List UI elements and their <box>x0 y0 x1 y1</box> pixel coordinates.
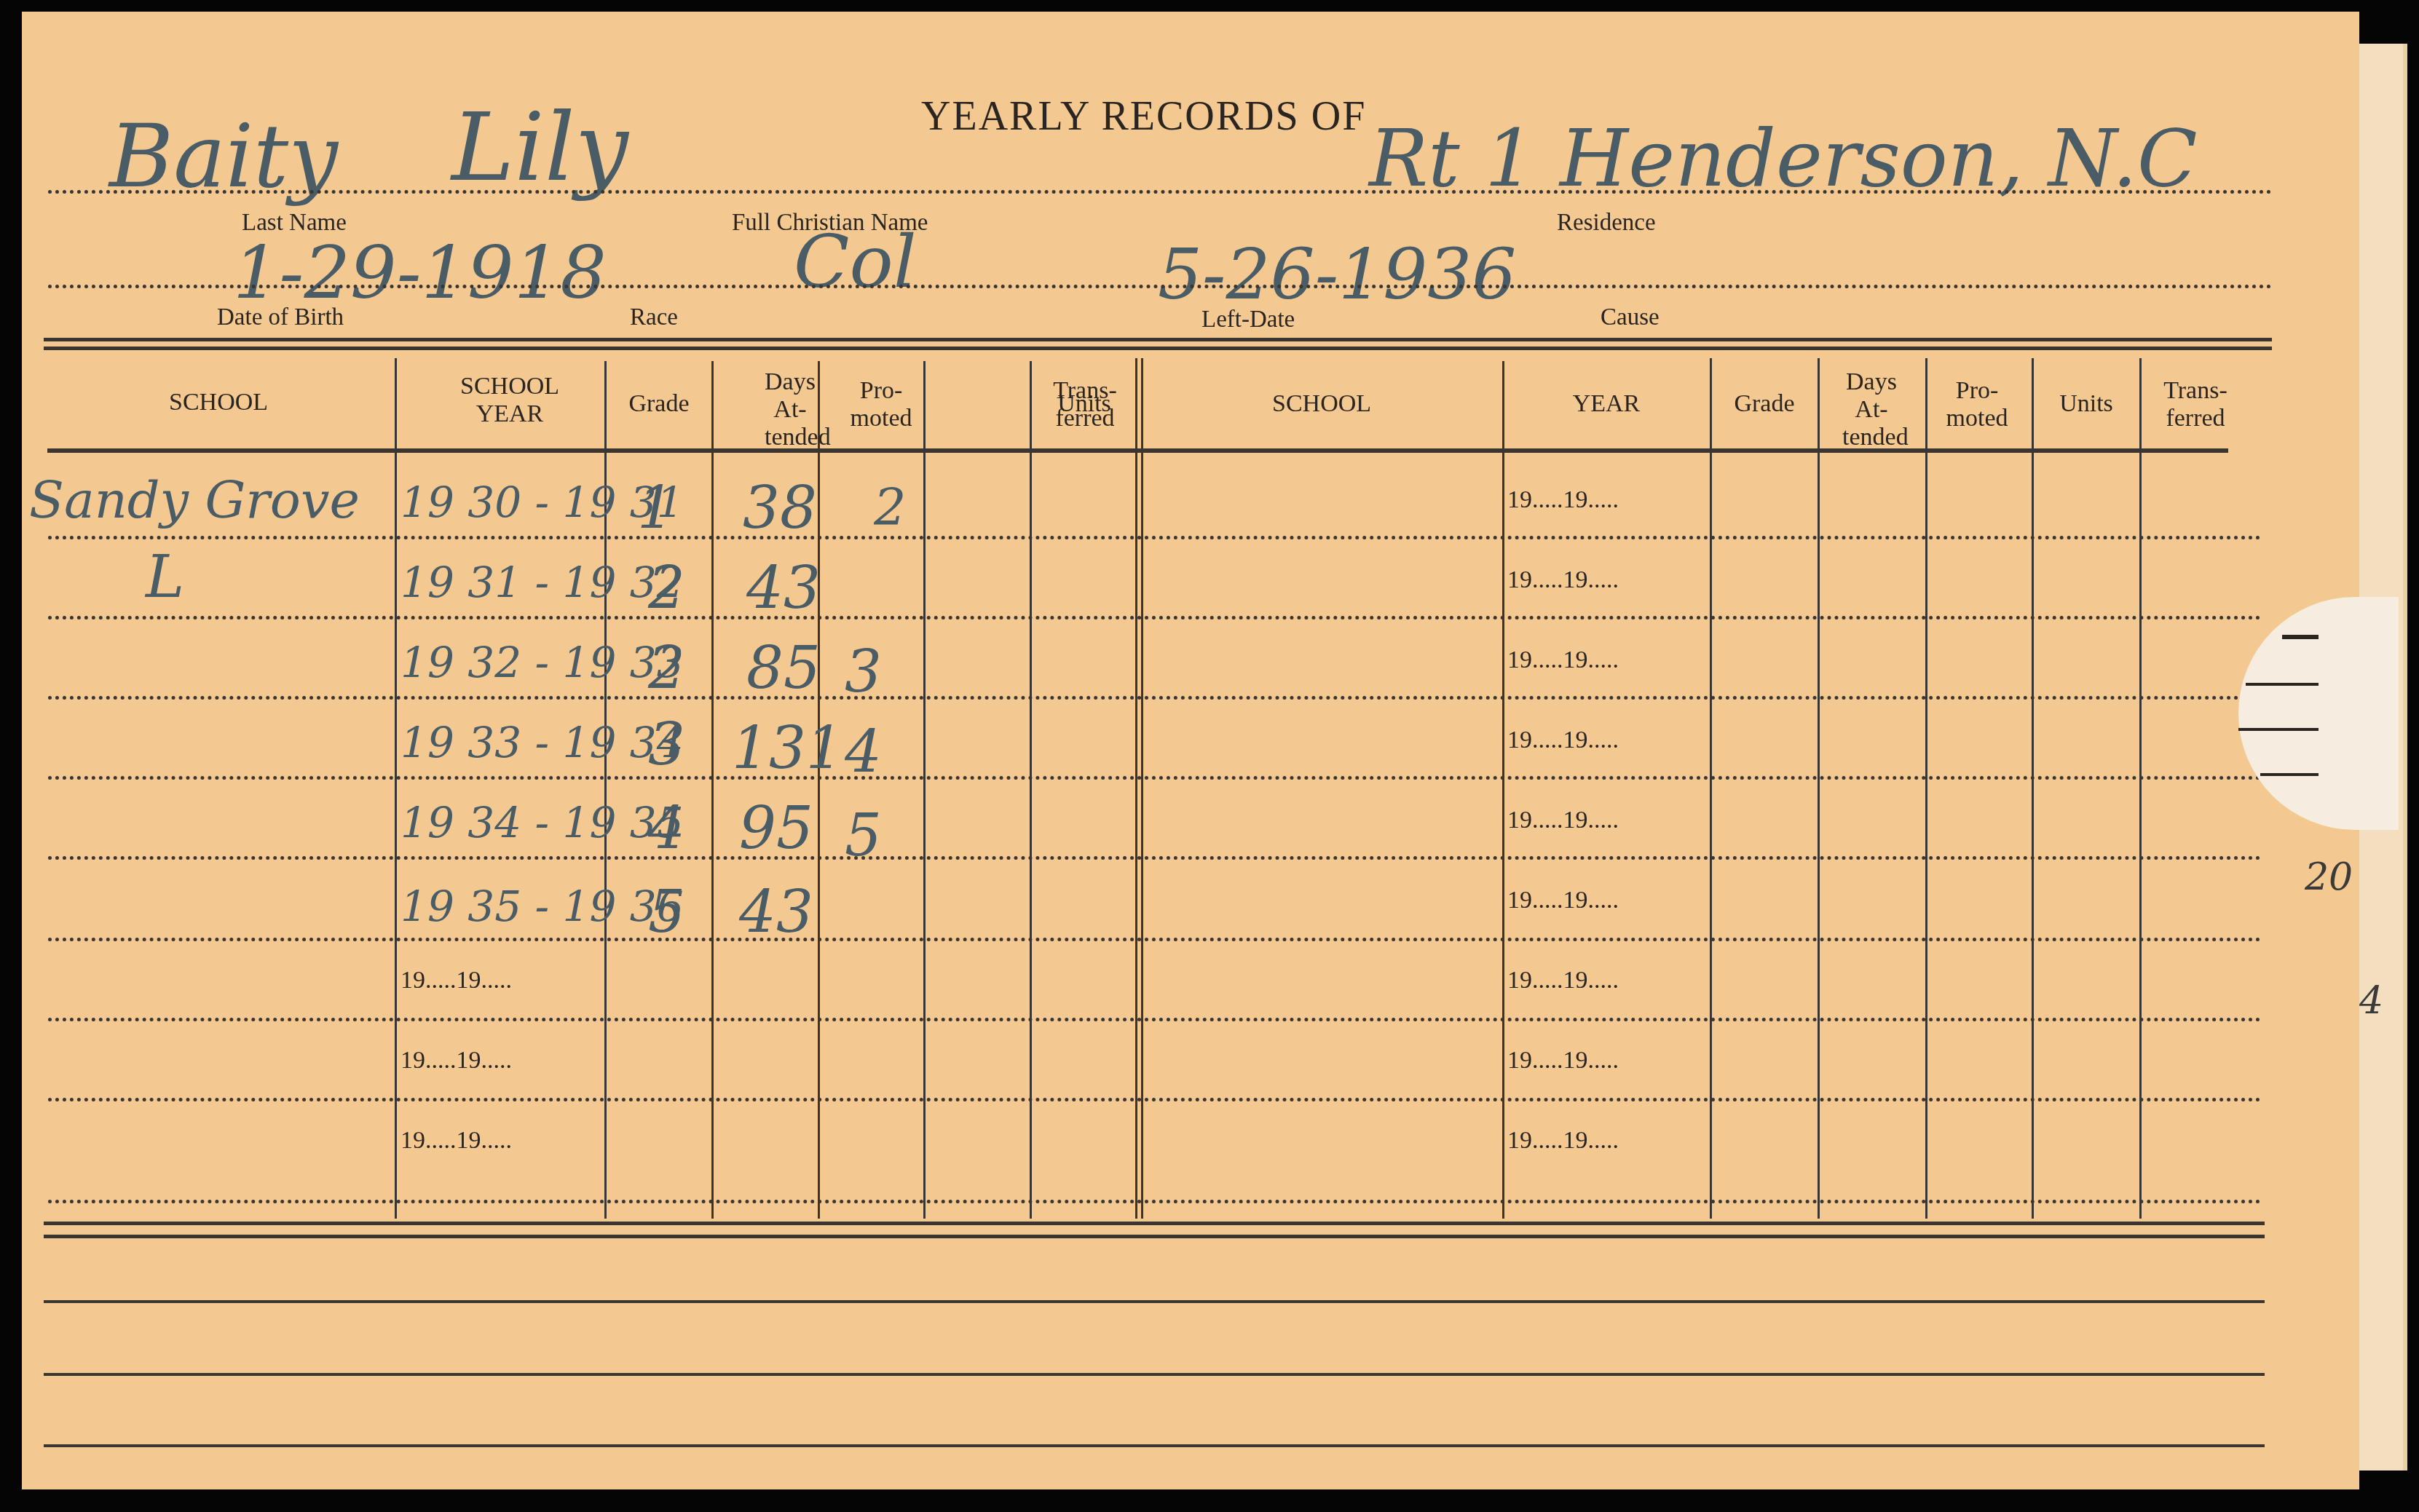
days-attended-value: 38 <box>743 474 817 542</box>
table-bottom-rule-2 <box>44 1235 2265 1238</box>
right-year-blank: 19.....19..... <box>1507 887 1619 914</box>
tab-number-4: 4 <box>2359 979 2383 1023</box>
school-year-blank: 19.....19..... <box>400 1127 512 1155</box>
right-year-blank: 19.....19..... <box>1507 486 1619 514</box>
school-mark: L <box>146 543 184 611</box>
col-line <box>1502 361 1504 1219</box>
row-divider <box>48 1018 2262 1021</box>
days-attended-value: 85 <box>746 634 821 702</box>
school-year-value: 19 34 - 19 35 <box>400 798 684 847</box>
school-year-value: 19 32 - 19 33 <box>400 638 684 687</box>
school-year-blank: 19.....19..... <box>400 1047 512 1074</box>
promoted-value: 5 <box>845 801 882 869</box>
tab-line <box>2246 683 2319 686</box>
col-line <box>1710 358 1712 1219</box>
col-line <box>1030 361 1032 1219</box>
row-divider <box>48 1098 2262 1101</box>
residence-label: Residence <box>1557 210 1656 237</box>
grade-value: 2 <box>648 554 685 622</box>
col-line <box>1925 358 1927 1219</box>
row-divider <box>48 856 2262 860</box>
tab-line <box>2238 728 2319 731</box>
row-divider <box>48 1200 2262 1203</box>
table-bottom-rule-1 <box>44 1222 2265 1225</box>
header-transferred: Trans- ferred <box>1041 377 1129 432</box>
col-line <box>711 361 714 1219</box>
school-year-value: 19 35 - 19 36 <box>400 882 684 931</box>
school-year-blank: 19.....19..... <box>400 967 512 994</box>
col-line <box>2032 358 2034 1219</box>
row-divider <box>48 536 2262 539</box>
record-card: YEARLY RECORDS OF Baity Lily Rt 1 Hender… <box>22 12 2359 1489</box>
right-year-blank: 19.....19..... <box>1507 566 1619 594</box>
tab-line <box>2260 773 2319 776</box>
table-top-rule-2 <box>44 347 2272 350</box>
row-divider <box>48 616 2262 620</box>
header-school-year: SCHOOL YEAR <box>437 373 583 428</box>
header-underline <box>47 448 2228 453</box>
grade-value: 5 <box>648 878 685 946</box>
grade-value: 4 <box>648 794 685 862</box>
days-attended-value: 95 <box>739 794 813 862</box>
race-value: Col <box>794 219 917 304</box>
grade-value: 1 <box>637 474 674 542</box>
days-attended-value: 131 <box>732 714 843 782</box>
header-promoted: Pro- moted <box>845 377 918 432</box>
row-divider <box>48 776 2262 780</box>
tab-number-20: 20 <box>2305 855 2353 899</box>
header-days-attended-right: Days At- tended <box>1842 368 1901 451</box>
grade-value: 2 <box>648 634 685 702</box>
notes-line <box>44 1300 2265 1303</box>
dob-dotted-line <box>48 285 2273 288</box>
col-line <box>395 358 397 1219</box>
col-line <box>1141 358 1143 1219</box>
school-name-value: Sandy Grove <box>29 470 360 530</box>
christian-name-value: Lily <box>451 92 628 202</box>
school-year-value: 19 31 - 19 32 <box>400 558 684 607</box>
header-promoted-right: Pro- moted <box>1937 377 2017 432</box>
right-year-blank: 19.....19..... <box>1507 967 1619 994</box>
row-divider <box>48 696 2262 700</box>
right-year-blank: 19.....19..... <box>1507 1047 1619 1074</box>
header-grade: Grade <box>607 390 711 418</box>
right-year-blank: 19.....19..... <box>1507 807 1619 834</box>
header-units-right: Units <box>2033 390 2139 418</box>
header-year-right: YEAR <box>1504 390 1708 418</box>
race-label: Race <box>630 304 678 331</box>
header-transferred-right: Trans- ferred <box>2141 377 2250 432</box>
days-attended-value: 43 <box>739 878 813 946</box>
promoted-value: 4 <box>845 718 882 785</box>
col-line <box>923 361 926 1219</box>
header-grade-right: Grade <box>1711 390 1818 418</box>
left-date-value: 5-26-1936 <box>1158 234 1516 315</box>
promoted-value: 3 <box>845 638 882 705</box>
right-year-blank: 19.....19..... <box>1507 727 1619 754</box>
notes-line <box>44 1373 2265 1376</box>
row-divider <box>48 938 2262 941</box>
grade-value: 3 <box>648 711 685 778</box>
school-year-value: 19 33 - 19 34 <box>400 718 684 767</box>
date-of-birth-label: Date of Birth <box>217 304 344 331</box>
form-title: YEARLY RECORDS OF <box>921 93 1366 140</box>
left-date-label: Left-Date <box>1201 306 1295 333</box>
header-days-attended: Days At- tended <box>765 368 816 451</box>
right-year-blank: 19.....19..... <box>1507 1127 1619 1155</box>
col-line <box>1135 358 1137 1219</box>
promoted-value: 2 <box>874 478 907 537</box>
cause-label: Cause <box>1601 304 1660 331</box>
days-attended-value: 43 <box>746 554 821 622</box>
header-school-right: SCHOOL <box>1143 390 1500 418</box>
notes-line <box>44 1444 2265 1447</box>
tab-line <box>2282 635 2319 639</box>
col-line <box>2139 358 2142 1219</box>
header-school: SCHOOL <box>44 389 393 416</box>
col-line <box>818 361 820 1219</box>
table-top-rule-1 <box>44 338 2272 341</box>
col-line <box>1818 358 1820 1219</box>
name-dotted-line <box>48 190 2273 194</box>
right-year-blank: 19.....19..... <box>1507 646 1619 674</box>
date-of-birth-value: 1-29-1918 <box>233 230 607 315</box>
